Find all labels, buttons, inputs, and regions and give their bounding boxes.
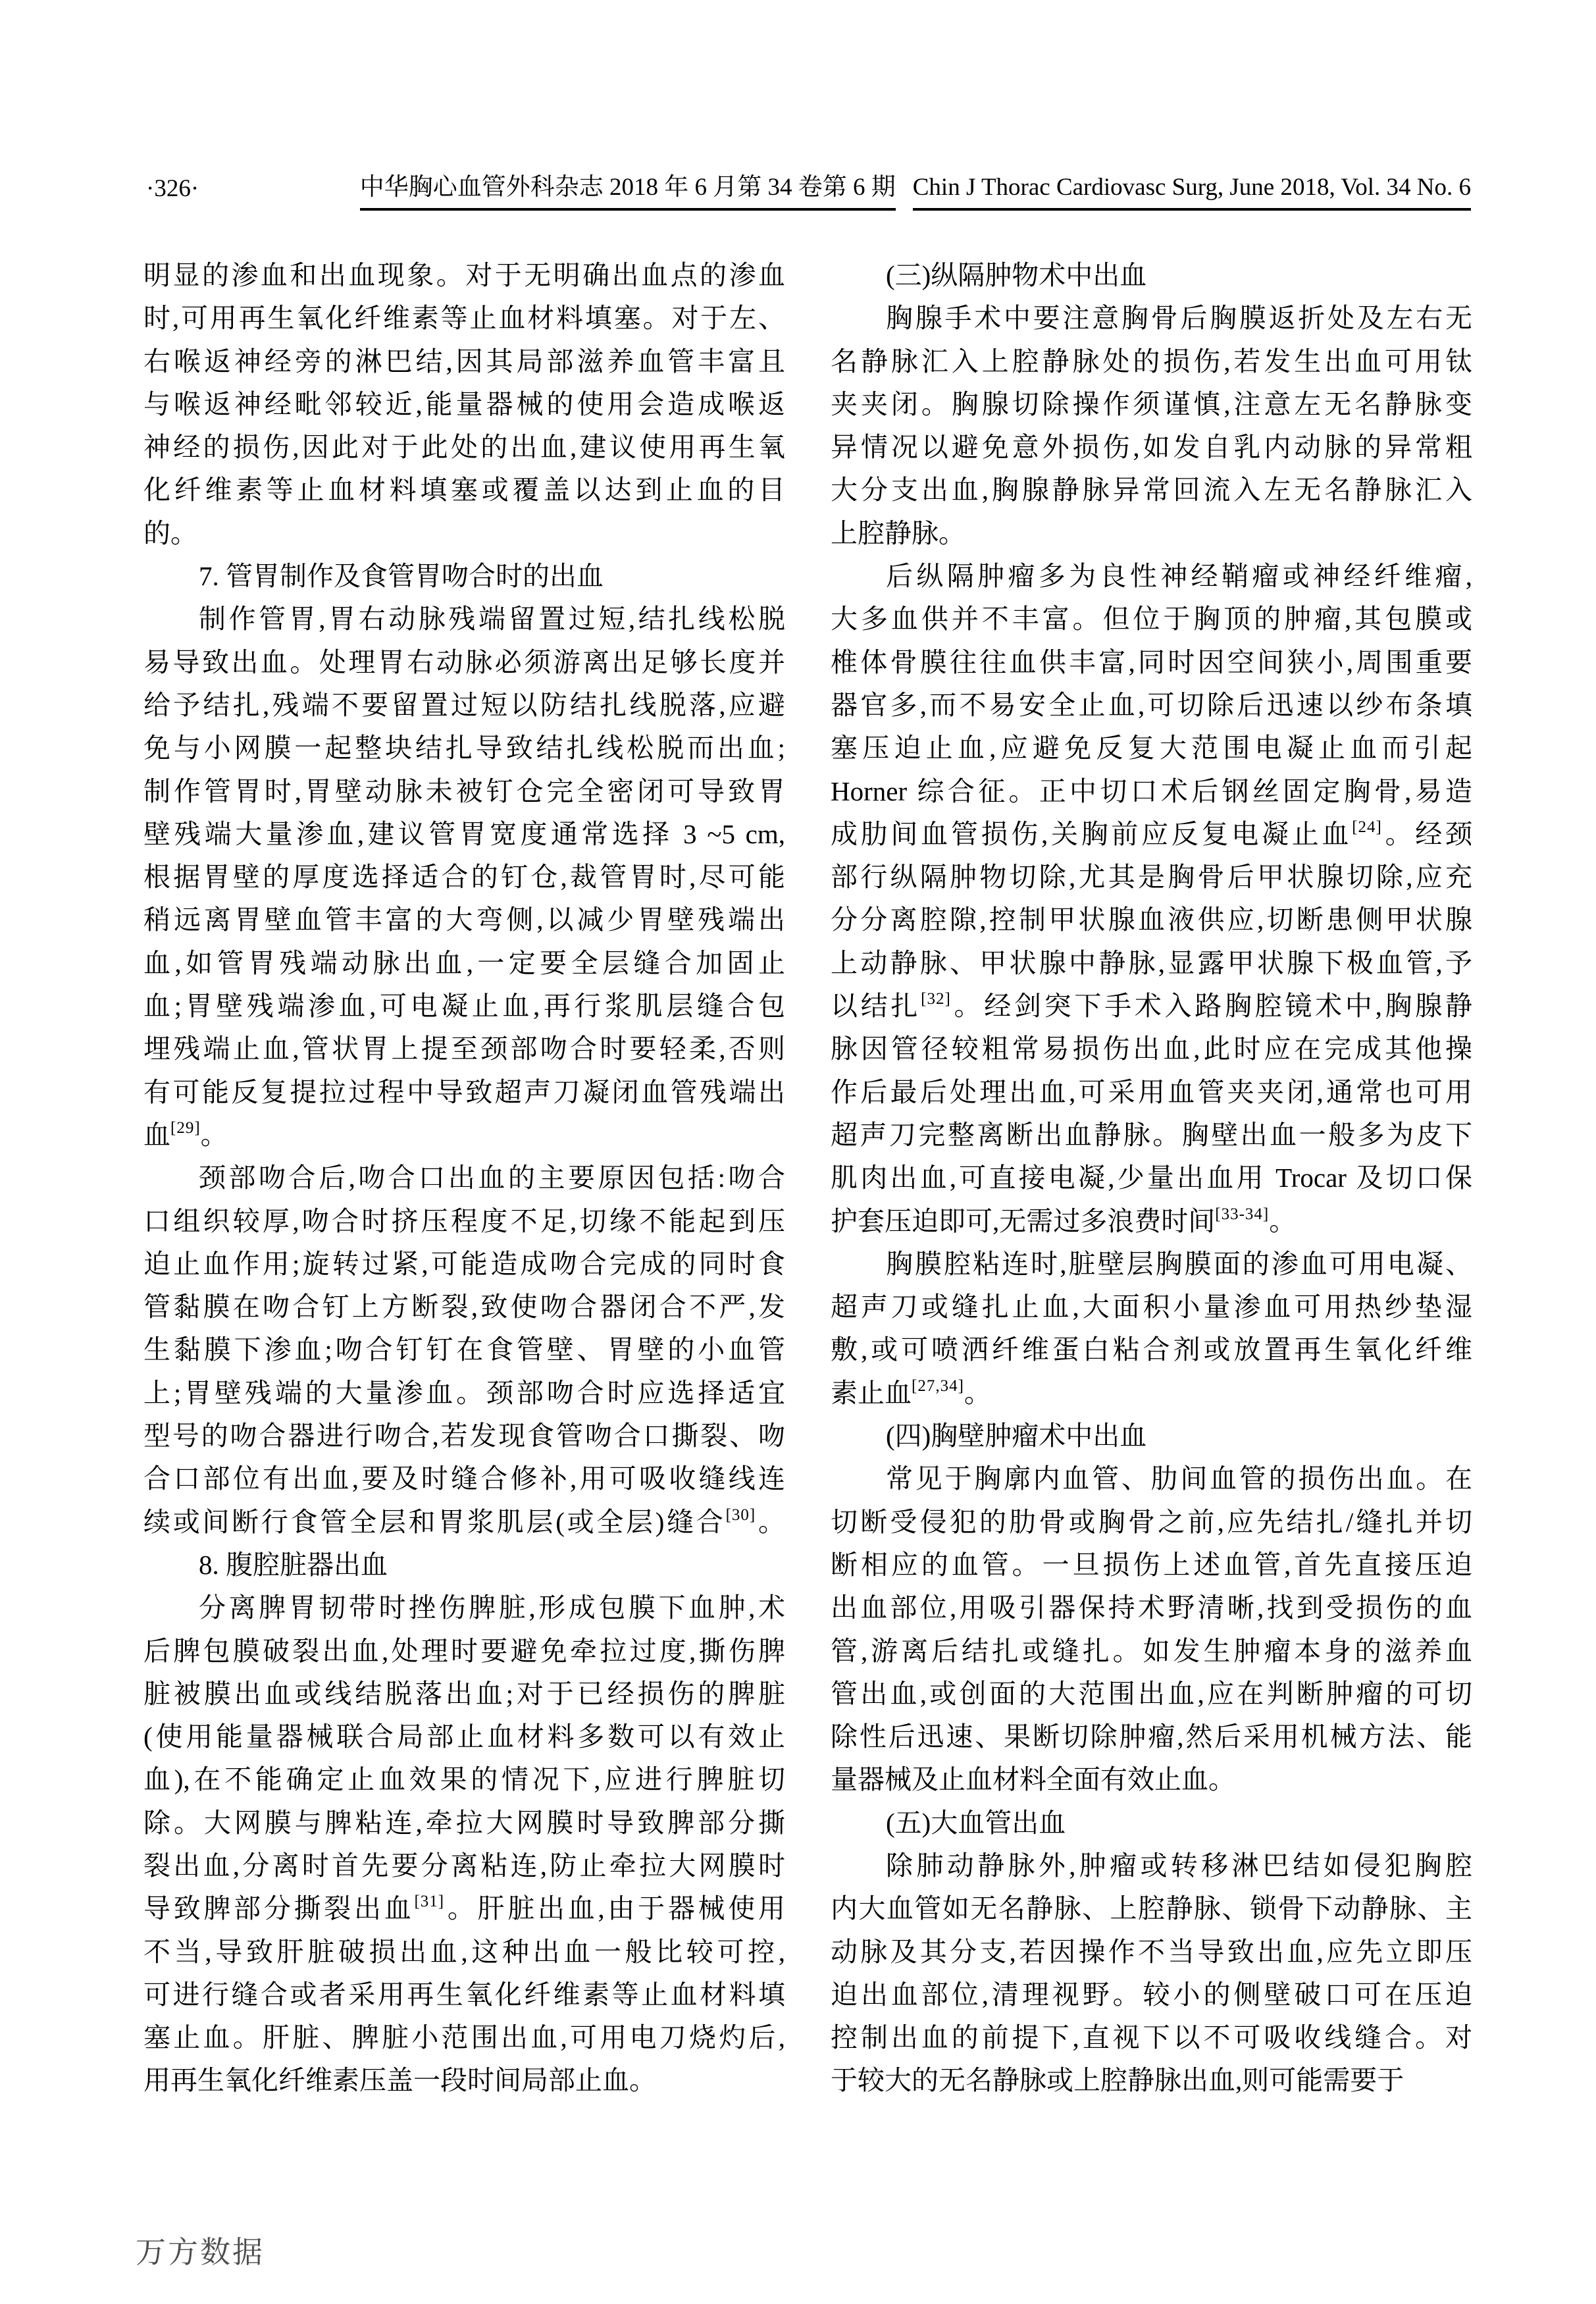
- section-heading-line: (三)纵隔肿物术中出血: [831, 254, 1472, 297]
- text-line: 稍远离胃壁血管丰富的大弯侧,以减少胃壁残端出: [143, 899, 785, 941]
- text-line: 不当,导致肝脏破损出血,这种出血一般比较可控,: [143, 1931, 785, 1974]
- text-segment: 口组织较厚,吻合时挤压程度不足,切缘不能起到压: [143, 1206, 785, 1236]
- text-line: 续或间断行食管全层和胃浆肌层(或全层)缝合[30]。: [143, 1501, 785, 1544]
- text-segment: 血),在不能确定止血效果的情况下,应进行脾脏切: [143, 1764, 785, 1794]
- text-segment: 椎体骨膜往往血供丰富,同时因空间狭小,周围重要: [831, 647, 1472, 677]
- text-segment: 。经颈: [1382, 819, 1472, 849]
- reference-superscript: [30]: [726, 1506, 756, 1524]
- text-segment: (三)纵隔肿物术中出血: [886, 260, 1146, 290]
- text-segment: 有可能反复提拉过程中导致超声刀凝闭血管残端出: [143, 1077, 785, 1107]
- text-segment: 。: [201, 1120, 228, 1150]
- text-segment: 后纵隔肿瘤多为良性神经鞘瘤或神经纤维瘤,: [886, 561, 1472, 591]
- text-segment: 除。大网膜与脾粘连,牵拉大网膜时导致脾部分撕: [143, 1808, 785, 1838]
- text-line: 与喉返神经毗邻较近,能量器械的使用会造成喉返: [143, 383, 785, 426]
- text-line: 塞止血。肝脏、脾脏小范围出血,可用电刀烧灼后,: [143, 2016, 785, 2059]
- page-number: ·326·: [146, 174, 199, 211]
- text-line: 上;胃壁残端的大量渗血。颈部吻合时应选择适宜: [143, 1372, 785, 1415]
- text-line: 易导致出血。处理胃右动脉必须游离出足够长度并: [143, 641, 785, 684]
- text-segment: 出血部位,用吸引器保持术野清晰,找到受损伤的血: [831, 1592, 1472, 1623]
- text-line: 胸腺手术中要注意胸骨后胸膜返折处及左右无: [831, 297, 1472, 340]
- text-segment: 作后最后处理出血,可采用血管夹夹闭,通常也可用: [831, 1077, 1472, 1107]
- text-segment: (使用能量器械联合局部止血材料多数可以有效止: [143, 1721, 785, 1752]
- text-line: 脏被膜出血或线结脱落出血;对于已经损伤的脾脏: [143, 1673, 785, 1715]
- reference-superscript: [32]: [921, 990, 951, 1008]
- text-line: 作后最后处理出血,可采用血管夹夹闭,通常也可用: [831, 1071, 1472, 1114]
- section-heading-line: (五)大血管出血: [831, 1802, 1472, 1845]
- text-segment: 夹夹闭。胸腺切除操作须谨慎,注意左无名静脉变: [831, 389, 1472, 419]
- text-line: 管黏膜在吻合钉上方断裂,致使吻合器闭合不严,发: [143, 1286, 785, 1328]
- text-segment: 稍远离胃壁血管丰富的大弯侧,以减少胃壁残端出: [143, 904, 785, 935]
- text-line: 上腔静脉。: [831, 512, 1472, 555]
- text-segment: 管黏膜在吻合钉上方断裂,致使吻合器闭合不严,发: [143, 1292, 785, 1322]
- text-line: 给予结扎,残端不要留置过短以防结扎线脱落,应避: [143, 684, 785, 727]
- text-line: Horner 综合征。正中切口术后钢丝固定胸骨,易造: [831, 770, 1472, 813]
- text-segment: 常见于胸廓内血管、肋间血管的损伤出血。在: [886, 1463, 1472, 1494]
- text-line: 除。大网膜与脾粘连,牵拉大网膜时导致脾部分撕: [143, 1802, 785, 1845]
- left-column: 明显的渗血和出血现象。对于无明确出血点的渗血时,可用再生氧化纤维素等止血材料填塞…: [143, 254, 785, 2103]
- text-line: 制作管胃时,胃壁动脉未被钉仓完全密闭可导致胃: [143, 770, 785, 813]
- section-heading-line: (四)胸壁肿瘤术中出血: [831, 1415, 1472, 1457]
- journal-title-en: Chin J Thorac Cardiovasc Surg, June 2018…: [913, 172, 1471, 211]
- text-segment: 脉因管径较粗常易损伤出血,此时应在完成其他操: [831, 1034, 1472, 1064]
- text-line: 管,游离后结扎或缝扎。如发生肿瘤本身的滋养血: [831, 1630, 1472, 1673]
- text-line: 量器械及止血材料全面有效止血。: [831, 1758, 1472, 1801]
- text-line: 异情况以避免意外损伤,如发自乳内动脉的异常粗: [831, 426, 1472, 469]
- text-line: 血,如管胃残端动脉出血,一定要全层缝合加固止: [143, 942, 785, 985]
- right-column: (三)纵隔肿物术中出血胸腺手术中要注意胸骨后胸膜返折处及左右无名静脉汇入上腔静脉…: [831, 254, 1472, 2103]
- text-segment: 8. 腹腔脏器出血: [199, 1550, 388, 1580]
- text-line: 动脉及其分支,若因操作不当导致出血,应先立即压: [831, 1931, 1472, 1974]
- text-line: 断相应的血管。一旦损伤上述血管,首先直接压迫: [831, 1544, 1472, 1586]
- reference-superscript: [31]: [414, 1893, 444, 1910]
- text-line: 制作管胃,胃右动脉残端留置过短,结扎线松脱: [143, 598, 785, 641]
- text-segment: 塞止血。肝脏、脾脏小范围出血,可用电刀烧灼后,: [143, 2022, 785, 2053]
- text-line: 根据胃壁的厚度选择适合的钉仓,裁管胃时,尽可能: [143, 856, 785, 899]
- text-segment: 根据胃壁的厚度选择适合的钉仓,裁管胃时,尽可能: [143, 862, 785, 892]
- text-segment: 导致脾部分撕裂出血: [143, 1893, 414, 1924]
- text-segment: 除肺动静脉外,肿瘤或转移淋巴结如侵犯胸腔: [886, 1850, 1472, 1881]
- text-line: 塞压迫止血,应避免反复大范围电凝止血而引起: [831, 727, 1472, 770]
- text-segment: 管,游离后结扎或缝扎。如发生肿瘤本身的滋养血: [831, 1636, 1472, 1666]
- text-line: 颈部吻合后,吻合口出血的主要原因包括:吻合: [143, 1157, 785, 1199]
- text-line: 迫出血部位,清理视野。较小的侧壁破口可在压迫: [831, 1974, 1472, 2016]
- text-segment: 型号的吻合器进行吻合,若发现食管吻合口撕裂、吻: [143, 1421, 785, 1451]
- page-header: ·326· 中华胸心血管外科杂志 2018 年 6 月第 34 卷第 6 期 C…: [146, 172, 1471, 211]
- text-line: 后脾包膜破裂出血,处理时要避免牵拉过度,撕伤脾: [143, 1630, 785, 1673]
- text-segment: 颈部吻合后,吻合口出血的主要原因包括:吻合: [199, 1163, 785, 1193]
- text-segment: 动脉及其分支,若因操作不当导致出血,应先立即压: [831, 1937, 1472, 1967]
- text-line: 切断受侵犯的肋骨或胸骨之前,应先结扎/缝扎并切: [831, 1501, 1472, 1544]
- text-line: 名静脉汇入上腔静脉处的损伤,若发生出血可用钛: [831, 340, 1472, 383]
- text-line: 素止血[27,34]。: [831, 1372, 1472, 1415]
- text-segment: 上动静脉、甲状腺中静脉,显露甲状腺下极血管,予: [831, 948, 1472, 978]
- text-segment: 上;胃壁残端的大量渗血。颈部吻合时应选择适宜: [143, 1378, 785, 1408]
- text-segment: 的。: [143, 518, 197, 548]
- text-segment: 制作管胃,胃右动脉残端留置过短,结扎线松脱: [199, 604, 785, 634]
- text-segment: 不当,导致肝脏破损出血,这种出血一般比较可控,: [143, 1937, 785, 1967]
- text-segment: 塞压迫止血,应避免反复大范围电凝止血而引起: [831, 733, 1472, 763]
- text-segment: 用再生氧化纤维素压盖一段时间局部止血。: [143, 2065, 656, 2095]
- text-segment: 血: [143, 1120, 170, 1150]
- text-line: 时,可用再生氧化纤维素等止血材料填塞。对于左、: [143, 297, 785, 340]
- text-segment: 切断受侵犯的肋骨或胸骨之前,应先结扎/缝扎并切: [831, 1507, 1472, 1537]
- text-line: 上动静脉、甲状腺中静脉,显露甲状腺下极血管,予: [831, 942, 1472, 985]
- text-segment: 裂出血,分离时首先要分离粘连,防止牵拉大网膜时: [143, 1850, 785, 1881]
- text-line: 夹夹闭。胸腺切除操作须谨慎,注意左无名静脉变: [831, 383, 1472, 426]
- text-line: 超声刀或缝扎止血,大面积小量渗血可用热纱垫湿: [831, 1286, 1472, 1328]
- text-line: 有可能反复提拉过程中导致超声刀凝闭血管残端出: [143, 1071, 785, 1114]
- text-line: 除肺动静脉外,肿瘤或转移淋巴结如侵犯胸腔: [831, 1845, 1472, 1887]
- text-segment: 管出血,或创面的大范围出血,应在判断肿瘤的可切: [831, 1679, 1472, 1709]
- text-segment: 。肝脏出血,由于器械使用: [444, 1893, 785, 1924]
- text-segment: 内大血管如无名静脉、上腔静脉、锁骨下动静脉、主: [831, 1893, 1472, 1924]
- text-segment: 迫出血部位,清理视野。较小的侧壁破口可在压迫: [831, 1979, 1472, 2010]
- text-segment: 超声刀完整离断出血静脉。胸壁出血一般多为皮下: [831, 1120, 1472, 1150]
- reference-superscript: [33-34]: [1215, 1205, 1269, 1223]
- text-line: 管出血,或创面的大范围出血,应在判断肿瘤的可切: [831, 1673, 1472, 1715]
- text-line: 胸膜腔粘连时,脏壁层胸膜面的渗血可用电凝、: [831, 1243, 1472, 1286]
- text-line: 后纵隔肿瘤多为良性神经鞘瘤或神经纤维瘤,: [831, 555, 1472, 598]
- text-segment: 可进行缝合或者采用再生氧化纤维素等止血材料填: [143, 1979, 785, 2010]
- text-line: 超声刀完整离断出血静脉。胸壁出血一般多为皮下: [831, 1114, 1472, 1157]
- page-footer: 万方数据: [136, 2228, 265, 2272]
- text-line: 右喉返神经旁的淋巴结,因其局部滋养血管丰富且: [143, 340, 785, 383]
- text-line: 裂出血,分离时首先要分离粘连,防止牵拉大网膜时: [143, 1845, 785, 1887]
- text-line: 的。: [143, 512, 785, 555]
- text-line: 护套压迫即可,无需过多浪费时间[33-34]。: [831, 1200, 1472, 1243]
- text-line: 血;胃壁残端渗血,可电凝止血,再行浆肌层缝合包: [143, 985, 785, 1028]
- text-segment: 除性后迅速、果断切除肿瘤,然后采用机械方法、能: [831, 1721, 1472, 1752]
- text-segment: 超声刀或缝扎止血,大面积小量渗血可用热纱垫湿: [831, 1292, 1472, 1322]
- journal-title-cn: 中华胸心血管外科杂志 2018 年 6 月第 34 卷第 6 期: [360, 172, 896, 211]
- text-segment: 免与小网膜一起整块结扎导致结扎线松脱而出血;: [143, 733, 785, 763]
- text-segment: 给予结扎,残端不要留置过短以防结扎线脱落,应避: [143, 690, 785, 720]
- text-segment: 敷,或可喷洒纤维蛋白粘合剂或放置再生氧化纤维: [831, 1334, 1472, 1365]
- text-segment: 血;胃壁残端渗血,可电凝止血,再行浆肌层缝合包: [143, 991, 785, 1021]
- text-line: 脉因管径较粗常易损伤出血,此时应在完成其他操: [831, 1028, 1472, 1070]
- text-line: 口组织较厚,吻合时挤压程度不足,切缘不能起到压: [143, 1200, 785, 1243]
- text-segment: 器官多,而不易安全止血,可切除后迅速以纱布条填: [831, 690, 1472, 720]
- text-line: 血[29]。: [143, 1114, 785, 1157]
- text-line: 器官多,而不易安全止血,可切除后迅速以纱布条填: [831, 684, 1472, 727]
- text-segment: 大多血供并不丰富。但位于胸顶的肿瘤,其包膜或: [831, 604, 1472, 634]
- text-segment: 埋残端止血,管状胃上提至颈部吻合时要轻柔,否则: [143, 1034, 785, 1064]
- text-segment: 分离脾胃韧带时挫伤脾脏,形成包膜下血肿,术: [199, 1592, 785, 1623]
- text-line: 大分支出血,胸腺静脉异常回流入左无名静脉汇入: [831, 469, 1472, 511]
- text-segment: (五)大血管出血: [886, 1808, 1066, 1838]
- text-segment: 化纤维素等止血材料填塞或覆盖以达到止血的目: [143, 475, 785, 505]
- text-segment: 上腔静脉。: [831, 518, 965, 548]
- text-segment: 分分离腔隙,控制甲状腺血液供应,切断患侧甲状腺: [831, 904, 1472, 935]
- reference-superscript: [27,34]: [912, 1377, 964, 1395]
- text-segment: 明显的渗血和出血现象。对于无明确出血点的渗血: [143, 260, 785, 290]
- section-heading-line: 8. 腹腔脏器出血: [143, 1544, 785, 1586]
- text-line: 免与小网膜一起整块结扎导致结扎线松脱而出血;: [143, 727, 785, 770]
- reference-superscript: [29]: [170, 1119, 201, 1137]
- text-segment: 以结扎: [831, 991, 921, 1021]
- journal-titles: 中华胸心血管外科杂志 2018 年 6 月第 34 卷第 6 期 Chin J …: [360, 172, 1471, 211]
- text-line: 于较大的无名静脉或上腔静脉出血,则可能需要于: [831, 2059, 1472, 2102]
- text-line: 肌肉出血,可直接电凝,少量出血用 Trocar 及切口保: [831, 1157, 1472, 1199]
- text-line: 分分离腔隙,控制甲状腺血液供应,切断患侧甲状腺: [831, 899, 1472, 941]
- text-segment: 合口部位有出血,要及时缝合修补,用可吸收缝线连: [143, 1463, 785, 1494]
- text-segment: 名静脉汇入上腔静脉处的损伤,若发生出血可用钛: [831, 346, 1472, 377]
- text-line: 部行纵隔肿物切除,尤其是胸骨后甲状腺切除,应充: [831, 856, 1472, 899]
- text-segment: 制作管胃时,胃壁动脉未被钉仓完全密闭可导致胃: [143, 776, 785, 806]
- text-segment: 。: [964, 1378, 991, 1408]
- text-line: 生黏膜下渗血;吻合钉钉在食管壁、胃壁的小血管: [143, 1328, 785, 1371]
- text-segment: 胸腺手术中要注意胸骨后胸膜返折处及左右无: [886, 303, 1472, 333]
- text-segment: 续或间断行食管全层和胃浆肌层(或全层)缝合: [143, 1507, 726, 1537]
- text-line: 壁残端大量渗血,建议管胃宽度通常选择 3 ~5 cm,: [143, 813, 785, 856]
- text-segment: 迫止血作用;旋转过紧,可能造成吻合完成的同时食: [143, 1249, 785, 1279]
- text-line: 除性后迅速、果断切除肿瘤,然后采用机械方法、能: [831, 1715, 1472, 1758]
- text-segment: 部行纵隔肿物切除,尤其是胸骨后甲状腺切除,应充: [831, 862, 1472, 892]
- text-line: 大多血供并不丰富。但位于胸顶的肿瘤,其包膜或: [831, 598, 1472, 641]
- text-segment: 血,如管胃残端动脉出血,一定要全层缝合加固止: [143, 948, 785, 978]
- text-segment: 量器械及止血材料全面有效止血。: [831, 1764, 1235, 1794]
- text-line: 埋残端止血,管状胃上提至颈部吻合时要轻柔,否则: [143, 1028, 785, 1070]
- text-line: 椎体骨膜往往血供丰富,同时因空间狭小,周围重要: [831, 641, 1472, 684]
- wanfang-watermark: 万方数据: [136, 2235, 265, 2269]
- text-segment: 护套压迫即可,无需过多浪费时间: [831, 1206, 1215, 1236]
- text-segment: 大分支出血,胸腺静脉异常回流入左无名静脉汇入: [831, 475, 1472, 505]
- text-segment: 7. 管胃制作及食管胃吻合时的出血: [199, 561, 604, 591]
- text-line: 以结扎[32]。经剑突下手术入路胸腔镜术中,胸腺静: [831, 985, 1472, 1028]
- text-segment: 异情况以避免意外损伤,如发自乳内动脉的异常粗: [831, 432, 1472, 462]
- text-line: 分离脾胃韧带时挫伤脾脏,形成包膜下血肿,术: [143, 1586, 785, 1629]
- text-segment: 壁残端大量渗血,建议管胃宽度通常选择 3 ~5 cm,: [143, 819, 785, 849]
- text-segment: 右喉返神经旁的淋巴结,因其局部滋养血管丰富且: [143, 346, 785, 377]
- text-segment: 断相应的血管。一旦损伤上述血管,首先直接压迫: [831, 1550, 1472, 1580]
- text-line: 出血部位,用吸引器保持术野清晰,找到受损伤的血: [831, 1586, 1472, 1629]
- section-heading-line: 7. 管胃制作及食管胃吻合时的出血: [143, 555, 785, 598]
- text-segment: 神经的损伤,因此对于此处的出血,建议使用再生氧: [143, 432, 785, 462]
- text-line: 成肋间血管损伤,关胸前应反复电凝止血[24]。经颈: [831, 813, 1472, 856]
- text-segment: 后脾包膜破裂出血,处理时要避免牵拉过度,撕伤脾: [143, 1636, 785, 1666]
- text-segment: (四)胸壁肿瘤术中出血: [886, 1421, 1146, 1451]
- text-segment: 素止血: [831, 1378, 912, 1408]
- text-line: 用再生氧化纤维素压盖一段时间局部止血。: [143, 2059, 785, 2102]
- text-segment: 肌肉出血,可直接电凝,少量出血用 Trocar 及切口保: [831, 1163, 1472, 1193]
- text-line: 血),在不能确定止血效果的情况下,应进行脾脏切: [143, 1758, 785, 1801]
- text-line: 常见于胸廓内血管、肋间血管的损伤出血。在: [831, 1457, 1472, 1500]
- text-segment: 于较大的无名静脉或上腔静脉出血,则可能需要于: [831, 2065, 1404, 2095]
- text-line: 可进行缝合或者采用再生氧化纤维素等止血材料填: [143, 1974, 785, 2016]
- reference-superscript: [24]: [1352, 818, 1382, 836]
- text-segment: 。: [756, 1507, 785, 1537]
- text-segment: 成肋间血管损伤,关胸前应反复电凝止血: [831, 819, 1352, 849]
- text-segment: 脏被膜出血或线结脱落出血;对于已经损伤的脾脏: [143, 1679, 785, 1709]
- text-segment: Horner 综合征。正中切口术后钢丝固定胸骨,易造: [831, 776, 1472, 806]
- text-segment: 胸膜腔粘连时,脏壁层胸膜面的渗血可用电凝、: [886, 1249, 1472, 1279]
- text-segment: 控制出血的前提下,直视下以不可吸收线缝合。对: [831, 2022, 1472, 2053]
- text-segment: 时,可用再生氧化纤维素等止血材料填塞。对于左、: [143, 303, 785, 333]
- text-line: (使用能量器械联合局部止血材料多数可以有效止: [143, 1715, 785, 1758]
- text-segment: 生黏膜下渗血;吻合钉钉在食管壁、胃壁的小血管: [143, 1334, 785, 1365]
- text-line: 控制出血的前提下,直视下以不可吸收线缝合。对: [831, 2016, 1472, 2059]
- text-line: 神经的损伤,因此对于此处的出血,建议使用再生氧: [143, 426, 785, 469]
- text-segment: 与喉返神经毗邻较近,能量器械的使用会造成喉返: [143, 389, 785, 419]
- text-line: 化纤维素等止血材料填塞或覆盖以达到止血的目: [143, 469, 785, 511]
- text-line: 明显的渗血和出血现象。对于无明确出血点的渗血: [143, 254, 785, 297]
- text-line: 导致脾部分撕裂出血[31]。肝脏出血,由于器械使用: [143, 1887, 785, 1930]
- text-line: 敷,或可喷洒纤维蛋白粘合剂或放置再生氧化纤维: [831, 1328, 1472, 1371]
- text-line: 内大血管如无名静脉、上腔静脉、锁骨下动静脉、主: [831, 1887, 1472, 1930]
- text-line: 迫止血作用;旋转过紧,可能造成吻合完成的同时食: [143, 1243, 785, 1286]
- text-line: 型号的吻合器进行吻合,若发现食管吻合口撕裂、吻: [143, 1415, 785, 1457]
- text-line: 合口部位有出血,要及时缝合修补,用可吸收缝线连: [143, 1457, 785, 1500]
- text-segment: 。经剑突下手术入路胸腔镜术中,胸腺静: [951, 991, 1472, 1021]
- text-segment: 易导致出血。处理胃右动脉必须游离出足够长度并: [143, 647, 785, 677]
- text-segment: 。: [1269, 1206, 1296, 1236]
